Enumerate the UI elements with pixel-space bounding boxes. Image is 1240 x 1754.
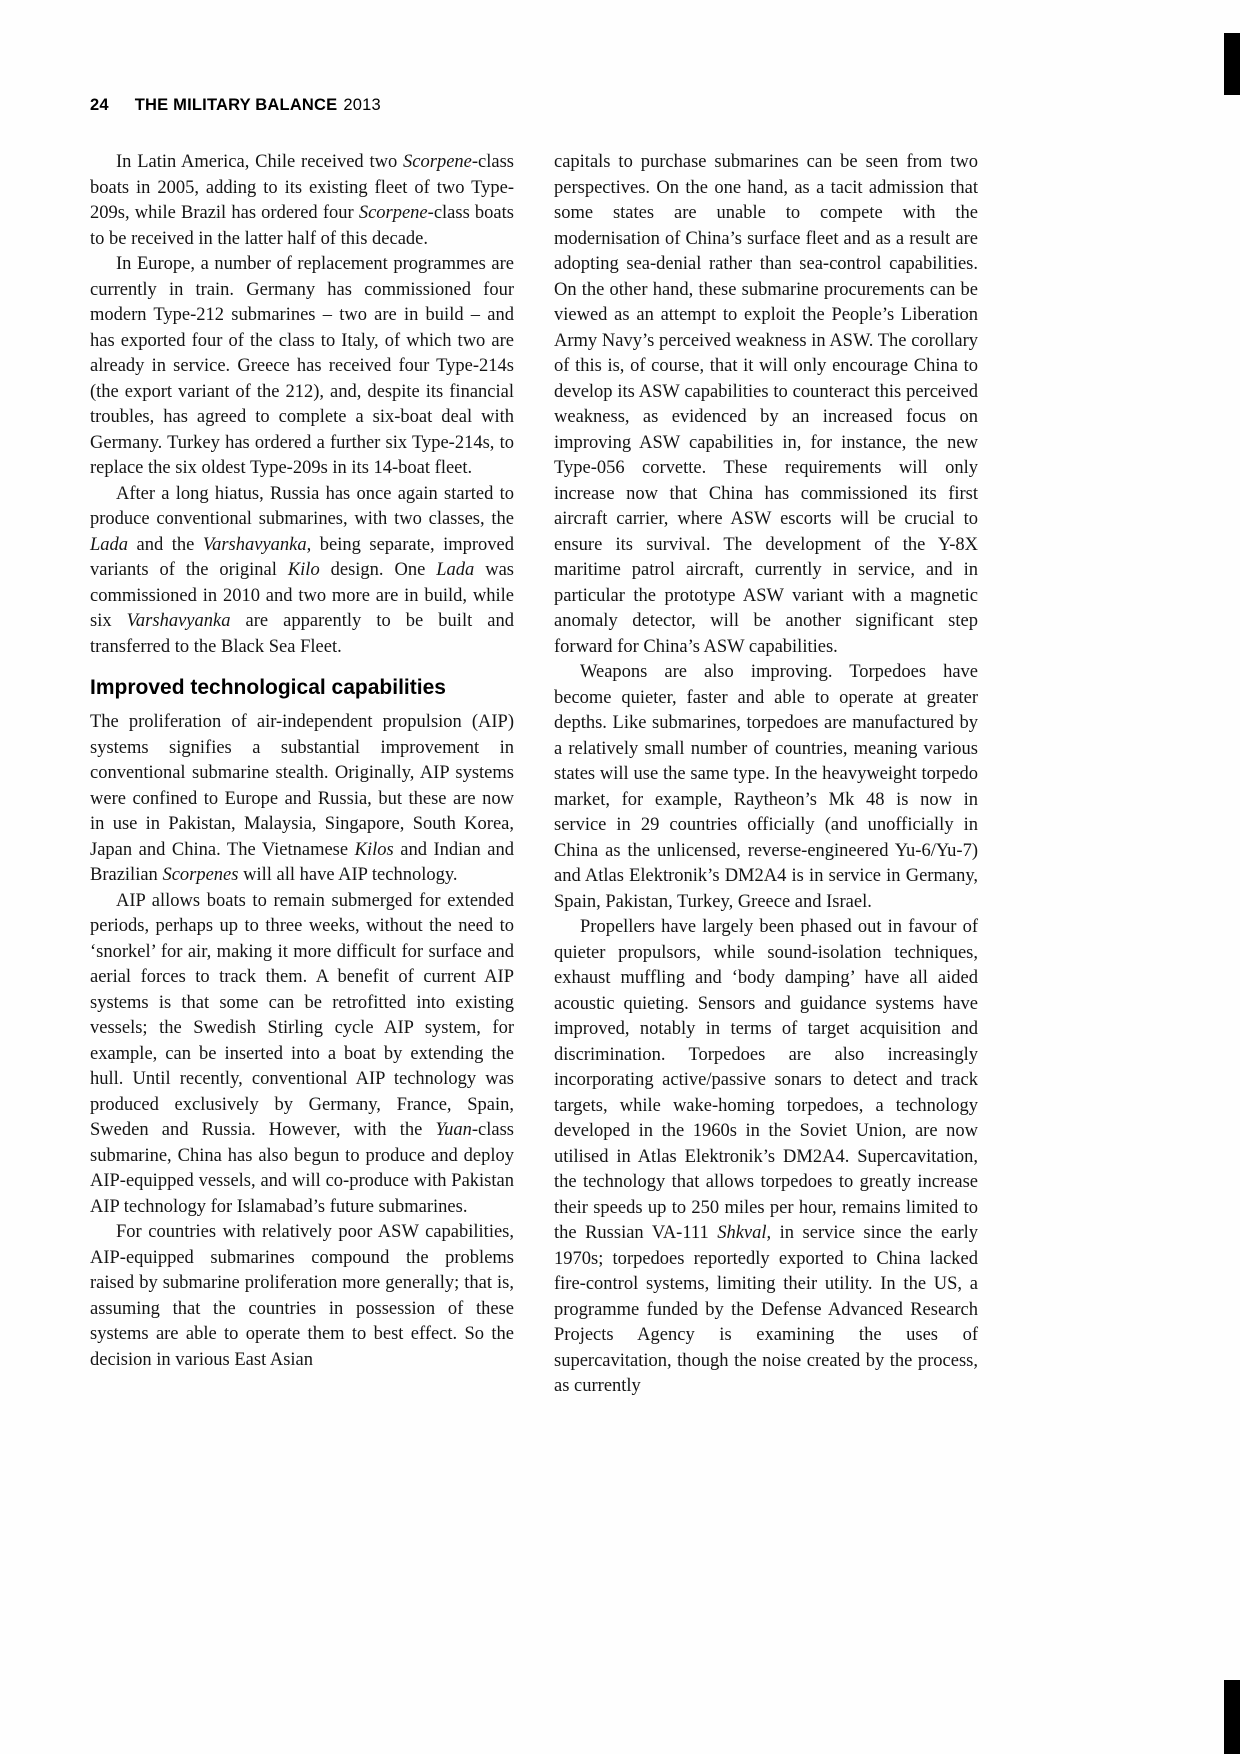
paragraph: capitals to purchase submarines can be s…	[554, 150, 978, 660]
text-run: AIP allows boats to remain submerged for…	[90, 891, 514, 1141]
publication-year: 2013	[343, 96, 381, 115]
text-run: In Europe, a number of replacement progr…	[90, 254, 514, 478]
text-run: design. One	[320, 560, 437, 580]
paragraph: In Latin America, Chile received two Sco…	[90, 150, 514, 252]
section-heading: Improved technological capabilities	[90, 675, 514, 701]
text-run: Propellers have largely been phased out …	[554, 917, 978, 1243]
text-run: will all have AIP technology.	[238, 865, 457, 885]
italic-text-run: Lada	[90, 535, 128, 555]
italic-text-run: Shkval	[717, 1223, 766, 1243]
right-column: capitals to purchase submarines can be s…	[554, 150, 978, 1400]
text-run: The proliferation of air-independent pro…	[90, 712, 514, 860]
text-columns: In Latin America, Chile received two Sco…	[90, 150, 978, 1400]
italic-text-run: Varshavyanka	[203, 535, 307, 555]
paragraph: In Europe, a number of replacement progr…	[90, 252, 514, 482]
paragraph: Weapons are also improving. Torpedoes ha…	[554, 660, 978, 915]
italic-text-run: Scorpene	[403, 152, 472, 172]
italic-text-run: Yuan	[436, 1120, 472, 1140]
text-run: After a long hiatus, Russia has once aga…	[90, 484, 514, 530]
chapter-edge-tab-bottom	[1224, 1680, 1240, 1754]
paragraph: After a long hiatus, Russia has once aga…	[90, 482, 514, 661]
text-run: and the	[128, 535, 203, 555]
text-run: Weapons are also improving. Torpedoes ha…	[554, 662, 978, 912]
chapter-edge-tab-top	[1224, 33, 1240, 95]
paragraph: For countries with relatively poor ASW c…	[90, 1220, 514, 1373]
italic-text-run: Kilo	[288, 560, 320, 580]
italic-text-run: Varshavyanka	[127, 611, 231, 631]
publication-title: THE MILITARY BALANCE	[135, 96, 338, 115]
page-number: 24	[90, 96, 109, 115]
book-page: 24THE MILITARY BALANCE2013 In Latin Amer…	[0, 0, 1240, 1754]
paragraph: The proliferation of air-independent pro…	[90, 710, 514, 889]
italic-text-run: Lada	[436, 560, 474, 580]
left-column: In Latin America, Chile received two Sco…	[90, 150, 514, 1400]
italic-text-run: Scorpenes	[162, 865, 238, 885]
text-run: In Latin America, Chile received two	[116, 152, 403, 172]
text-run: , in service since the early 1970s; torp…	[554, 1223, 978, 1396]
page-header: 24THE MILITARY BALANCE2013	[90, 96, 381, 115]
italic-text-run: Kilos	[355, 840, 394, 860]
text-run: For countries with relatively poor ASW c…	[90, 1222, 514, 1370]
italic-text-run: Scorpene	[359, 203, 428, 223]
text-run: capitals to purchase submarines can be s…	[554, 152, 978, 657]
paragraph: AIP allows boats to remain submerged for…	[90, 889, 514, 1221]
paragraph: Propellers have largely been phased out …	[554, 915, 978, 1400]
